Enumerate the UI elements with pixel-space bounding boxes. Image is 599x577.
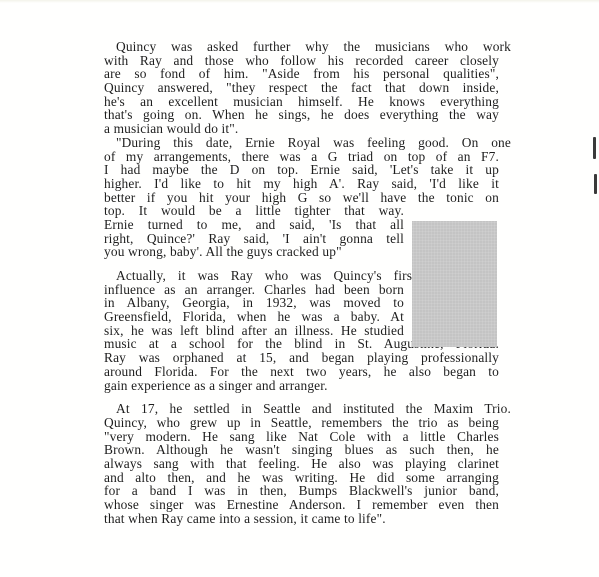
text-line: six, he was left blind after an illness.… bbox=[104, 324, 404, 338]
text-line: At 17, he settled in Seattle and institu… bbox=[104, 402, 511, 416]
text-line: with Ray and those who follow his record… bbox=[104, 54, 499, 68]
scanned-page: Quincy was asked further why the musicia… bbox=[0, 0, 599, 577]
text-line: Quincy was asked further why the musicia… bbox=[104, 40, 511, 54]
text-line: higher. I'd like to hit my high A'. Ray … bbox=[104, 177, 499, 191]
text-line: that's going on. When he sings, he does … bbox=[104, 108, 499, 122]
paragraph-1: Quincy was asked further why the musicia… bbox=[104, 40, 499, 136]
text-line: Quincy, who grew up in Seattle, remember… bbox=[104, 416, 499, 430]
text-line: influence as an arranger. Charles had be… bbox=[104, 283, 404, 297]
text-line: I had maybe the D on top. Ernie said, 'L… bbox=[104, 163, 499, 177]
text-line: are so fond of him. "Aside from his pers… bbox=[104, 67, 499, 81]
text-line: Ernie turned to me, and said, 'Is that a… bbox=[104, 218, 404, 232]
paragraph-4: At 17, he settled in Seattle and institu… bbox=[104, 402, 499, 525]
binding-mark bbox=[594, 174, 597, 194]
text-line: Ray was orphaned at 15, and began playin… bbox=[104, 351, 499, 365]
text-line: of my arrangements, there was a G triad … bbox=[104, 150, 499, 164]
text-line: and alto then, and he was writing. He di… bbox=[104, 471, 499, 485]
text-line: right, Quince?' Ray said, 'I ain't gonna… bbox=[104, 232, 404, 246]
text-line: "very modern. He sang like Nat Cole with… bbox=[104, 430, 499, 444]
text-line: "During this date, Ernie Royal was feeli… bbox=[104, 136, 511, 150]
text-line: better if you hit your high G so we'll h… bbox=[104, 191, 499, 205]
text-line: a musician would do it". bbox=[104, 122, 499, 136]
text-line: that when Ray came into a session, it ca… bbox=[104, 512, 499, 526]
text-line: top. It would be a little tighter that w… bbox=[104, 204, 404, 218]
text-line: you wrong, baby'. All the guys cracked u… bbox=[104, 245, 404, 259]
scan-artifact bbox=[0, 0, 599, 3]
text-line: Brown. Although he wasn't singing blues … bbox=[104, 443, 499, 457]
photo-placeholder bbox=[412, 221, 497, 347]
text-line: always sang with that feeling. He also w… bbox=[104, 457, 499, 471]
text-line: in Albany, Georgia, in 1932, was moved t… bbox=[104, 296, 404, 310]
text-line: Greensfield, Florida, when he was a baby… bbox=[104, 310, 404, 324]
text-line: gain experience as a singer and arranger… bbox=[104, 379, 499, 393]
text-line: Quincy answered, "they respect the fact … bbox=[104, 81, 499, 95]
text-line: Actually, it was Ray who was Quincy's fi… bbox=[104, 269, 416, 283]
text-line: around Florida. For the next two years, … bbox=[104, 365, 499, 379]
text-line: for a band I was in then, Bumps Blackwel… bbox=[104, 484, 499, 498]
binding-mark bbox=[593, 137, 596, 159]
text-line: whose singer was Ernestine Anderson. I r… bbox=[104, 498, 499, 512]
text-line: he's an excellent musician himself. He k… bbox=[104, 95, 499, 109]
